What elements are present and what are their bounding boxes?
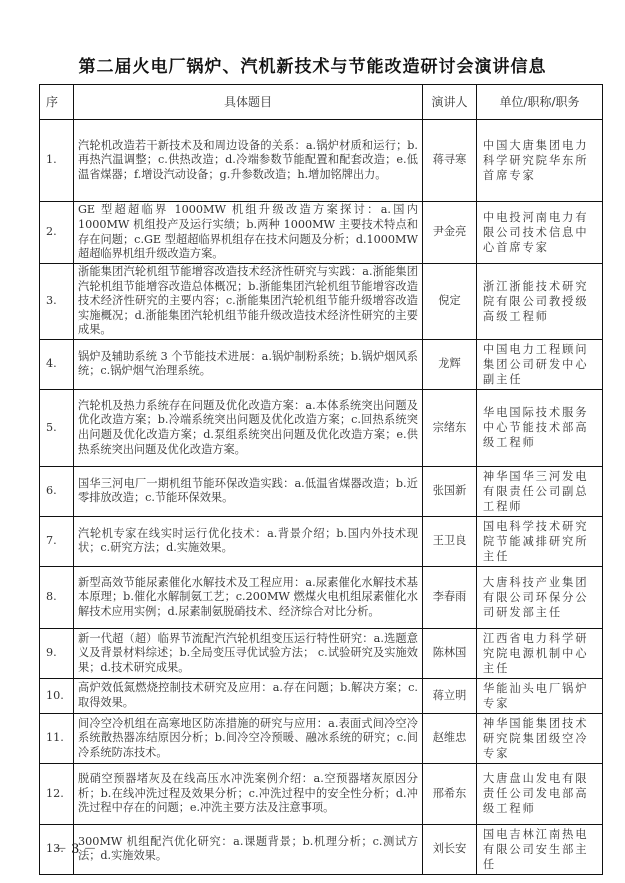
row-topic: 新型高效节能尿素催化水解技术及工程应用：a.尿素催化水解技术基本原理；b.催化水… bbox=[74, 566, 423, 628]
document-title: 第二届火电厂锅炉、汽机新技术与节能改造研讨会演讲信息 bbox=[0, 52, 625, 77]
row-no: 1. bbox=[40, 120, 74, 202]
row-topic: 汽轮机改造若干新技术及和周边设备的关系：a.锅炉材质和运行；b.再热汽温调整；c… bbox=[74, 120, 423, 202]
row-no: 12. bbox=[40, 763, 74, 824]
row-speaker: 赵维忠 bbox=[423, 713, 477, 763]
row-topic: 新一代超（超）临界节流配汽汽轮机组变压运行特性研究：a.选题意义及背景材料综述；… bbox=[74, 628, 423, 678]
table-row: 11. 间冷空冷机组在高寒地区防冻措施的研究与应用：a.表面式间冷空冷系统散热器… bbox=[40, 713, 603, 763]
table-row: 10. 高炉效低氮燃烧控制技术研究及应用：a.存在问题；b.解决方案；c.取得效… bbox=[40, 678, 603, 713]
row-topic: 间冷空冷机组在高寒地区防冻措施的研究与应用：a.表面式间冷空冷系统散热器冻结原因… bbox=[74, 713, 423, 763]
row-speaker: 蒋立明 bbox=[423, 678, 477, 713]
row-org: 神华国能集团技术研究院集团级空冷专家 bbox=[477, 713, 603, 763]
row-org: 国电科学技术研究院节能减排研究所主任 bbox=[477, 516, 603, 566]
row-org: 中电投河南电力有限公司技术信息中心首席专家 bbox=[477, 202, 603, 264]
table-row: 13. 300MW 机组配汽优化研究：a.课题背景；b.机理分析；c.测试方法；… bbox=[40, 824, 603, 874]
table-row: 5. 汽轮机及热力系统存在问题及优化改造方案：a.本体系统突出问题及优化改造方案… bbox=[40, 389, 603, 466]
row-no: 2. bbox=[40, 202, 74, 264]
row-no: 11. bbox=[40, 713, 74, 763]
row-speaker: 张国新 bbox=[423, 466, 477, 516]
table-row: 9. 新一代超（超）临界节流配汽汽轮机组变压运行特性研究：a.选题意义及背景材料… bbox=[40, 628, 603, 678]
row-topic: GE 型超超临界 1000MW 机组升级改造方案探讨：a.国内1000MW 机组… bbox=[74, 202, 423, 264]
row-org: 江西省电力科学研究院电源机制中心主任 bbox=[477, 628, 603, 678]
row-speaker: 李春雨 bbox=[423, 566, 477, 628]
row-speaker: 刘长安 bbox=[423, 824, 477, 874]
row-org: 中国电力工程顾问集团公司研发中心副主任 bbox=[477, 339, 603, 389]
row-org: 大唐盘山发电有限责任公司发电部高级工程师 bbox=[477, 763, 603, 824]
row-topic: 锅炉及辅助系统 3 个节能技术进展：a.锅炉制粉系统；b.锅炉烟风系统；c.锅炉… bbox=[74, 339, 423, 389]
page-number: － 3 － bbox=[54, 838, 97, 857]
row-speaker: 龙辉 bbox=[423, 339, 477, 389]
row-org: 浙江浙能技术研究院有限公司教授级高级工程师 bbox=[477, 264, 603, 340]
row-org: 中国大唐集团电力科学研究院华东所首席专家 bbox=[477, 120, 603, 202]
row-org: 华能汕头电厂锅炉专家 bbox=[477, 678, 603, 713]
row-org: 国电吉林江南热电有限公司安生部主任 bbox=[477, 824, 603, 874]
row-speaker: 陈林国 bbox=[423, 628, 477, 678]
header-speaker: 演讲人 bbox=[423, 85, 477, 120]
header-org: 单位/职称/职务 bbox=[477, 85, 603, 120]
row-org: 大唐科技产业集团有限公司环保分公司研发部主任 bbox=[477, 566, 603, 628]
table-row: 1. 汽轮机改造若干新技术及和周边设备的关系：a.锅炉材质和运行；b.再热汽温调… bbox=[40, 120, 603, 202]
speaker-info-table: 序 具体题目 演讲人 单位/职称/职务 1. 汽轮机改造若干新技术及和周边设备的… bbox=[39, 84, 603, 875]
row-org: 华电国际技术服务中心节能技术部高级工程师 bbox=[477, 389, 603, 466]
row-org: 神华国华三河发电有限责任公司副总工程师 bbox=[477, 466, 603, 516]
table-row: 4. 锅炉及辅助系统 3 个节能技术进展：a.锅炉制粉系统；b.锅炉烟风系统；c… bbox=[40, 339, 603, 389]
table-row: 3. 浙能集团汽轮机组节能增容改造技术经济性研究与实践：a.浙能集团汽轮机组节能… bbox=[40, 264, 603, 340]
row-topic: 汽轮机及热力系统存在问题及优化改造方案：a.本体系统突出问题及优化改造方案；b.… bbox=[74, 389, 423, 466]
row-speaker: 邢希东 bbox=[423, 763, 477, 824]
row-no: 3. bbox=[40, 264, 74, 340]
row-speaker: 王卫良 bbox=[423, 516, 477, 566]
row-topic: 汽轮机专家在线实时运行优化技术：a.背景介绍；b.国内外技术现状；c.研究方法；… bbox=[74, 516, 423, 566]
table-row: 6. 国华三河电厂一期机组节能环保改造实践：a.低温省煤器改造；b.近零排放改造… bbox=[40, 466, 603, 516]
row-no: 9. bbox=[40, 628, 74, 678]
row-topic: 脱硝空预器堵灰及在线高压水冲洗案例介绍：a.空预器堵灰原因分析；b.在线冲洗过程… bbox=[74, 763, 423, 824]
row-no: 10. bbox=[40, 678, 74, 713]
row-speaker: 倪定 bbox=[423, 264, 477, 340]
row-topic: 高炉效低氮燃烧控制技术研究及应用：a.存在问题；b.解决方案；c.取得效果。 bbox=[74, 678, 423, 713]
row-topic: 300MW 机组配汽优化研究：a.课题背景；b.机理分析；c.测试方法；d.实施… bbox=[74, 824, 423, 874]
table-row: 7. 汽轮机专家在线实时运行优化技术：a.背景介绍；b.国内外技术现状；c.研究… bbox=[40, 516, 603, 566]
header-topic: 具体题目 bbox=[74, 85, 423, 120]
header-no: 序 bbox=[40, 85, 74, 120]
row-topic: 浙能集团汽轮机组节能增容改造技术经济性研究与实践：a.浙能集团汽轮机组节能增容改… bbox=[74, 264, 423, 340]
table-row: 12. 脱硝空预器堵灰及在线高压水冲洗案例介绍：a.空预器堵灰原因分析；b.在线… bbox=[40, 763, 603, 824]
row-speaker: 尹金亮 bbox=[423, 202, 477, 264]
row-speaker: 蒋寻寒 bbox=[423, 120, 477, 202]
row-speaker: 宗绪东 bbox=[423, 389, 477, 466]
row-no: 4. bbox=[40, 339, 74, 389]
row-no: 8. bbox=[40, 566, 74, 628]
row-no: 5. bbox=[40, 389, 74, 466]
row-no: 6. bbox=[40, 466, 74, 516]
table-header-row: 序 具体题目 演讲人 单位/职称/职务 bbox=[40, 85, 603, 120]
table-row: 2. GE 型超超临界 1000MW 机组升级改造方案探讨：a.国内1000MW… bbox=[40, 202, 603, 264]
row-topic: 国华三河电厂一期机组节能环保改造实践：a.低温省煤器改造；b.近零排放改造；c.… bbox=[74, 466, 423, 516]
table-row: 8. 新型高效节能尿素催化水解技术及工程应用：a.尿素催化水解技术基本原理；b.… bbox=[40, 566, 603, 628]
row-no: 7. bbox=[40, 516, 74, 566]
